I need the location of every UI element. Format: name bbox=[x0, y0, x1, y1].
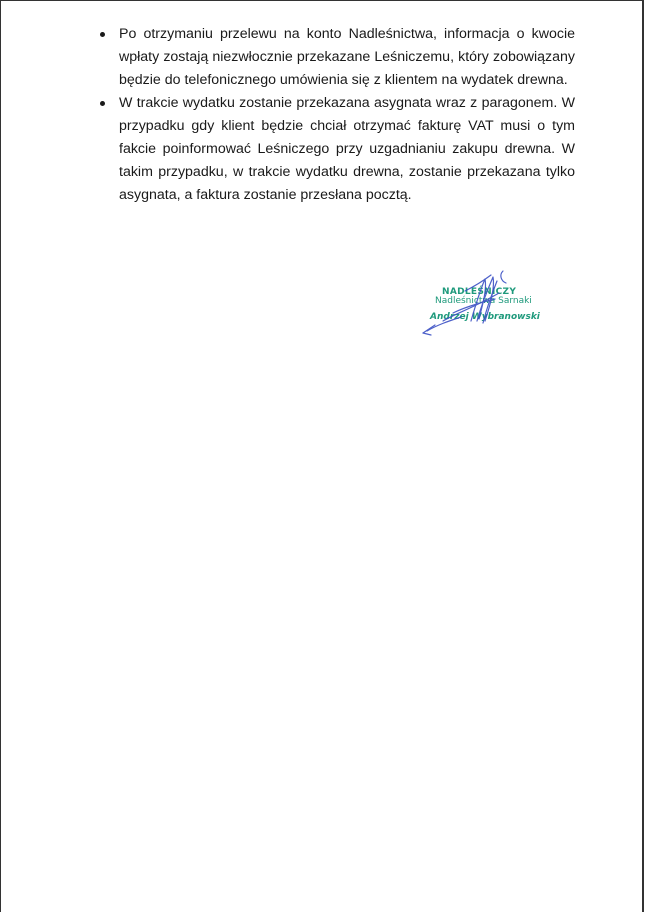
signature-stamp: NADLEŚNICZY Nadleśnictwa Sarnaki Andrzej… bbox=[413, 263, 563, 343]
bullet-item: Po otrzymaniu przelewu na konto Nadleśni… bbox=[95, 23, 575, 92]
bullet-dot-icon bbox=[100, 32, 105, 37]
bullet-list: Po otrzymaniu przelewu na konto Nadleśni… bbox=[95, 23, 575, 207]
bullet-text: W trakcie wydatku zostanie przekazana as… bbox=[119, 95, 575, 203]
bullet-text: Po otrzymaniu przelewu na konto Nadleśni… bbox=[119, 26, 575, 88]
bullet-dot-icon bbox=[100, 101, 105, 106]
document-page: Po otrzymaniu przelewu na konto Nadleśni… bbox=[0, 0, 644, 912]
bullet-item: W trakcie wydatku zostanie przekazana as… bbox=[95, 92, 575, 207]
handwritten-signature-icon bbox=[413, 263, 563, 343]
